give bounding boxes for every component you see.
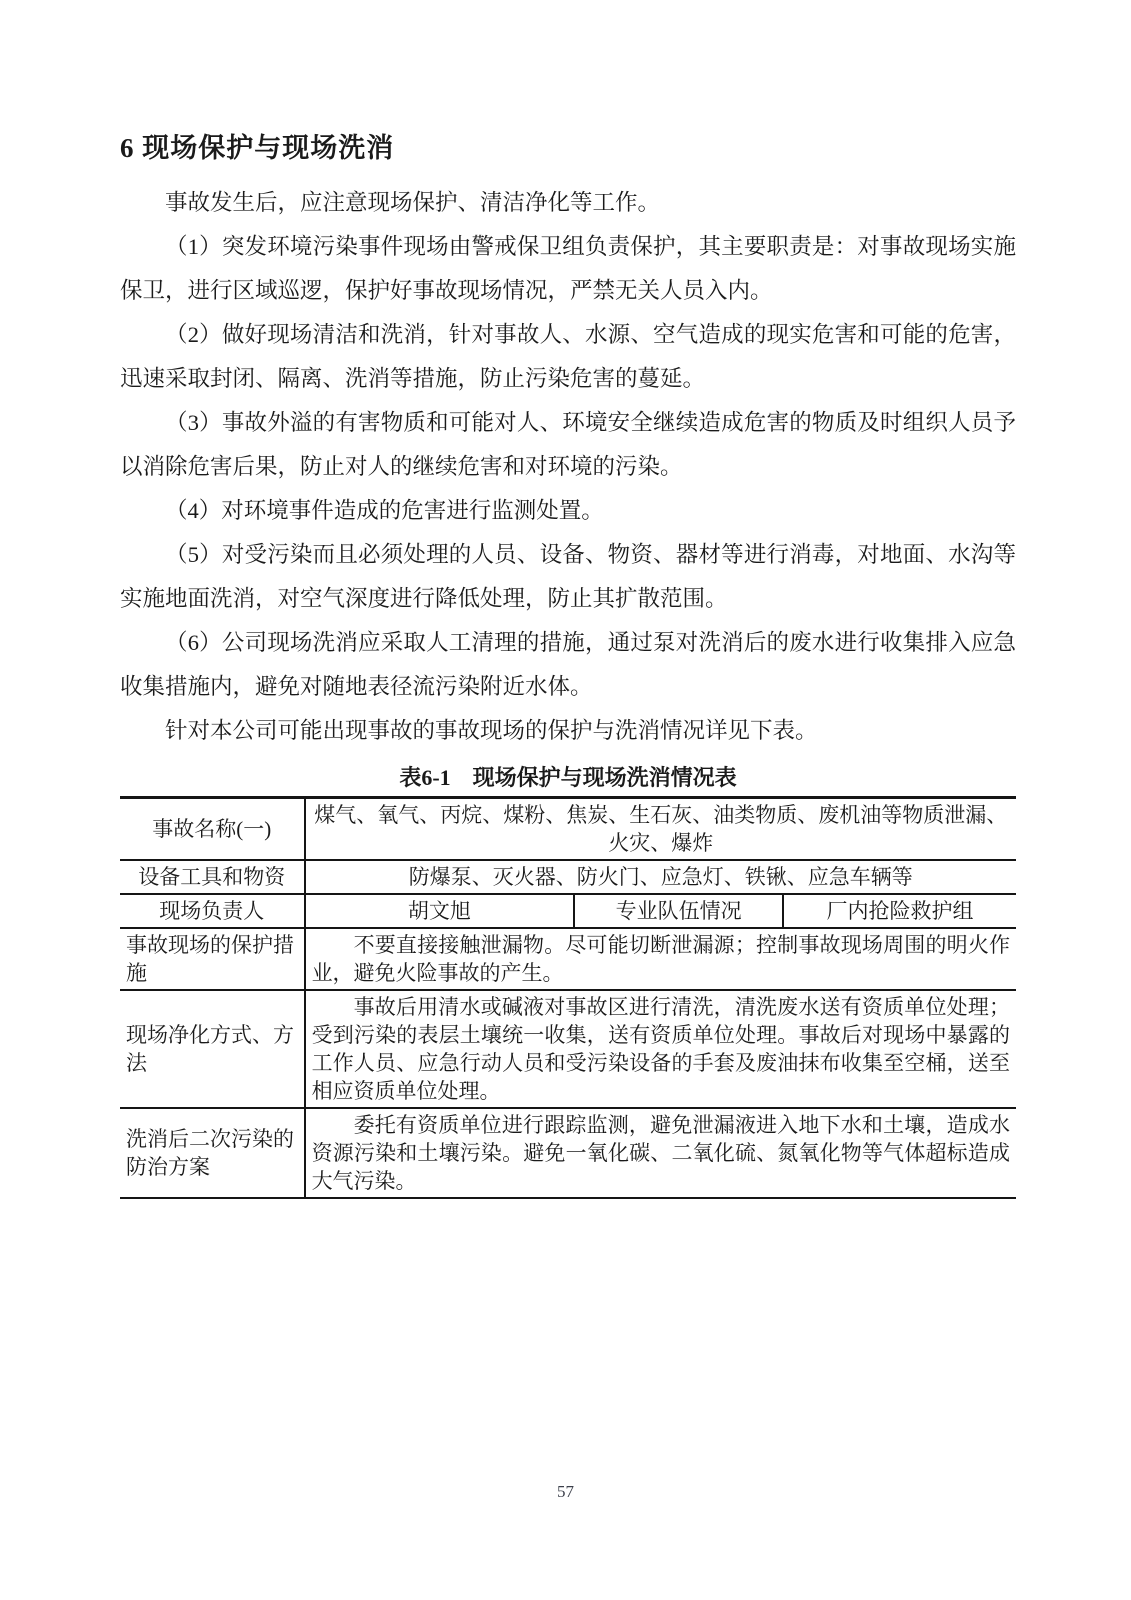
row-label: 现场负责人 xyxy=(120,894,305,928)
row-value: 委托有资质单位进行跟踪监测，避免泄漏液进入地下水和土壤，造成水资源污染和土壤污染… xyxy=(305,1108,1016,1198)
paragraph-item-3: （3）事故外溢的有害物质和可能对人、环境安全继续造成危害的物质及时组织人员予以消… xyxy=(120,401,1016,489)
team-status-label: 专业队伍情况 xyxy=(574,894,783,928)
table-row-accident-name: 事故名称(一) 煤气、氧气、丙烷、煤粉、焦炭、生石灰、油类物质、废机油等物质泄漏… xyxy=(120,798,1016,861)
row-value: 不要直接接触泄漏物。尽可能切断泄漏源；控制事故现场周围的明火作业，避免火险事故的… xyxy=(305,928,1016,990)
table-row-secondary-pollution-plan: 洗消后二次污染的防治方案 委托有资质单位进行跟踪监测，避免泄漏液进入地下水和土壤… xyxy=(120,1108,1016,1198)
row-value: 防爆泵、灭火器、防火门、应急灯、铁锹、应急车辆等 xyxy=(305,860,1016,894)
site-protection-table: 事故名称(一) 煤气、氧气、丙烷、煤粉、焦炭、生石灰、油类物质、废机油等物质泄漏… xyxy=(120,796,1016,1199)
row-label: 现场净化方式、方法 xyxy=(120,990,305,1108)
responsible-person-name: 胡文旭 xyxy=(305,894,575,928)
row-label: 洗消后二次污染的防治方案 xyxy=(120,1108,305,1198)
paragraph-item-5: （5）对受污染而且必须处理的人员、设备、物资、器材等进行消毒，对地面、水沟等实施… xyxy=(120,533,1016,621)
table-caption: 表6-1 现场保护与现场洗消情况表 xyxy=(120,761,1016,792)
table-row-responsible-person: 现场负责人 胡文旭 专业队伍情况 厂内抢险救护组 xyxy=(120,894,1016,928)
page-content: 6 现场保护与现场洗消 事故发生后，应注意现场保护、清洁净化等工作。 （1）突发… xyxy=(120,126,1016,1199)
page-number: 57 xyxy=(0,1482,1131,1502)
paragraph-table-lead: 针对本公司可能出现事故的事故现场的保护与洗消情况详见下表。 xyxy=(120,709,1016,753)
document-page: 6 现场保护与现场洗消 事故发生后，应注意现场保护、清洁净化等工作。 （1）突发… xyxy=(0,0,1131,1600)
paragraph-item-6: （6）公司现场洗消应采取人工清理的措施，通过泵对洗消后的废水进行收集排入应急收集… xyxy=(120,621,1016,709)
team-status-value: 厂内抢险救护组 xyxy=(783,894,1016,928)
table-row-protection-measures: 事故现场的保护措施 不要直接接触泄漏物。尽可能切断泄漏源；控制事故现场周围的明火… xyxy=(120,928,1016,990)
paragraph-item-2: （2）做好现场清洁和洗消，针对事故人、水源、空气造成的现实危害和可能的危害，迅速… xyxy=(120,313,1016,401)
paragraph-item-4: （4）对环境事件造成的危害进行监测处置。 xyxy=(120,489,1016,533)
table-row-equipment: 设备工具和物资 防爆泵、灭火器、防火门、应急灯、铁锹、应急车辆等 xyxy=(120,860,1016,894)
section-title: 6 现场保护与现场洗消 xyxy=(120,126,1016,165)
table-row-purification-method: 现场净化方式、方法 事故后用清水或碱液对事故区进行清洗，清洗废水送有资质单位处理… xyxy=(120,990,1016,1108)
paragraph-item-1: （1）突发环境污染事件现场由警戒保卫组负责保护，其主要职责是：对事故现场实施保卫… xyxy=(120,225,1016,313)
paragraph-intro: 事故发生后，应注意现场保护、清洁净化等工作。 xyxy=(120,181,1016,225)
row-value: 煤气、氧气、丙烷、煤粉、焦炭、生石灰、油类物质、废机油等物质泄漏、火灾、爆炸 xyxy=(305,798,1016,861)
row-value: 事故后用清水或碱液对事故区进行清洗，清洗废水送有资质单位处理；受到污染的表层土壤… xyxy=(305,990,1016,1108)
row-label: 事故现场的保护措施 xyxy=(120,928,305,990)
row-label: 设备工具和物资 xyxy=(120,860,305,894)
row-label: 事故名称(一) xyxy=(120,798,305,861)
